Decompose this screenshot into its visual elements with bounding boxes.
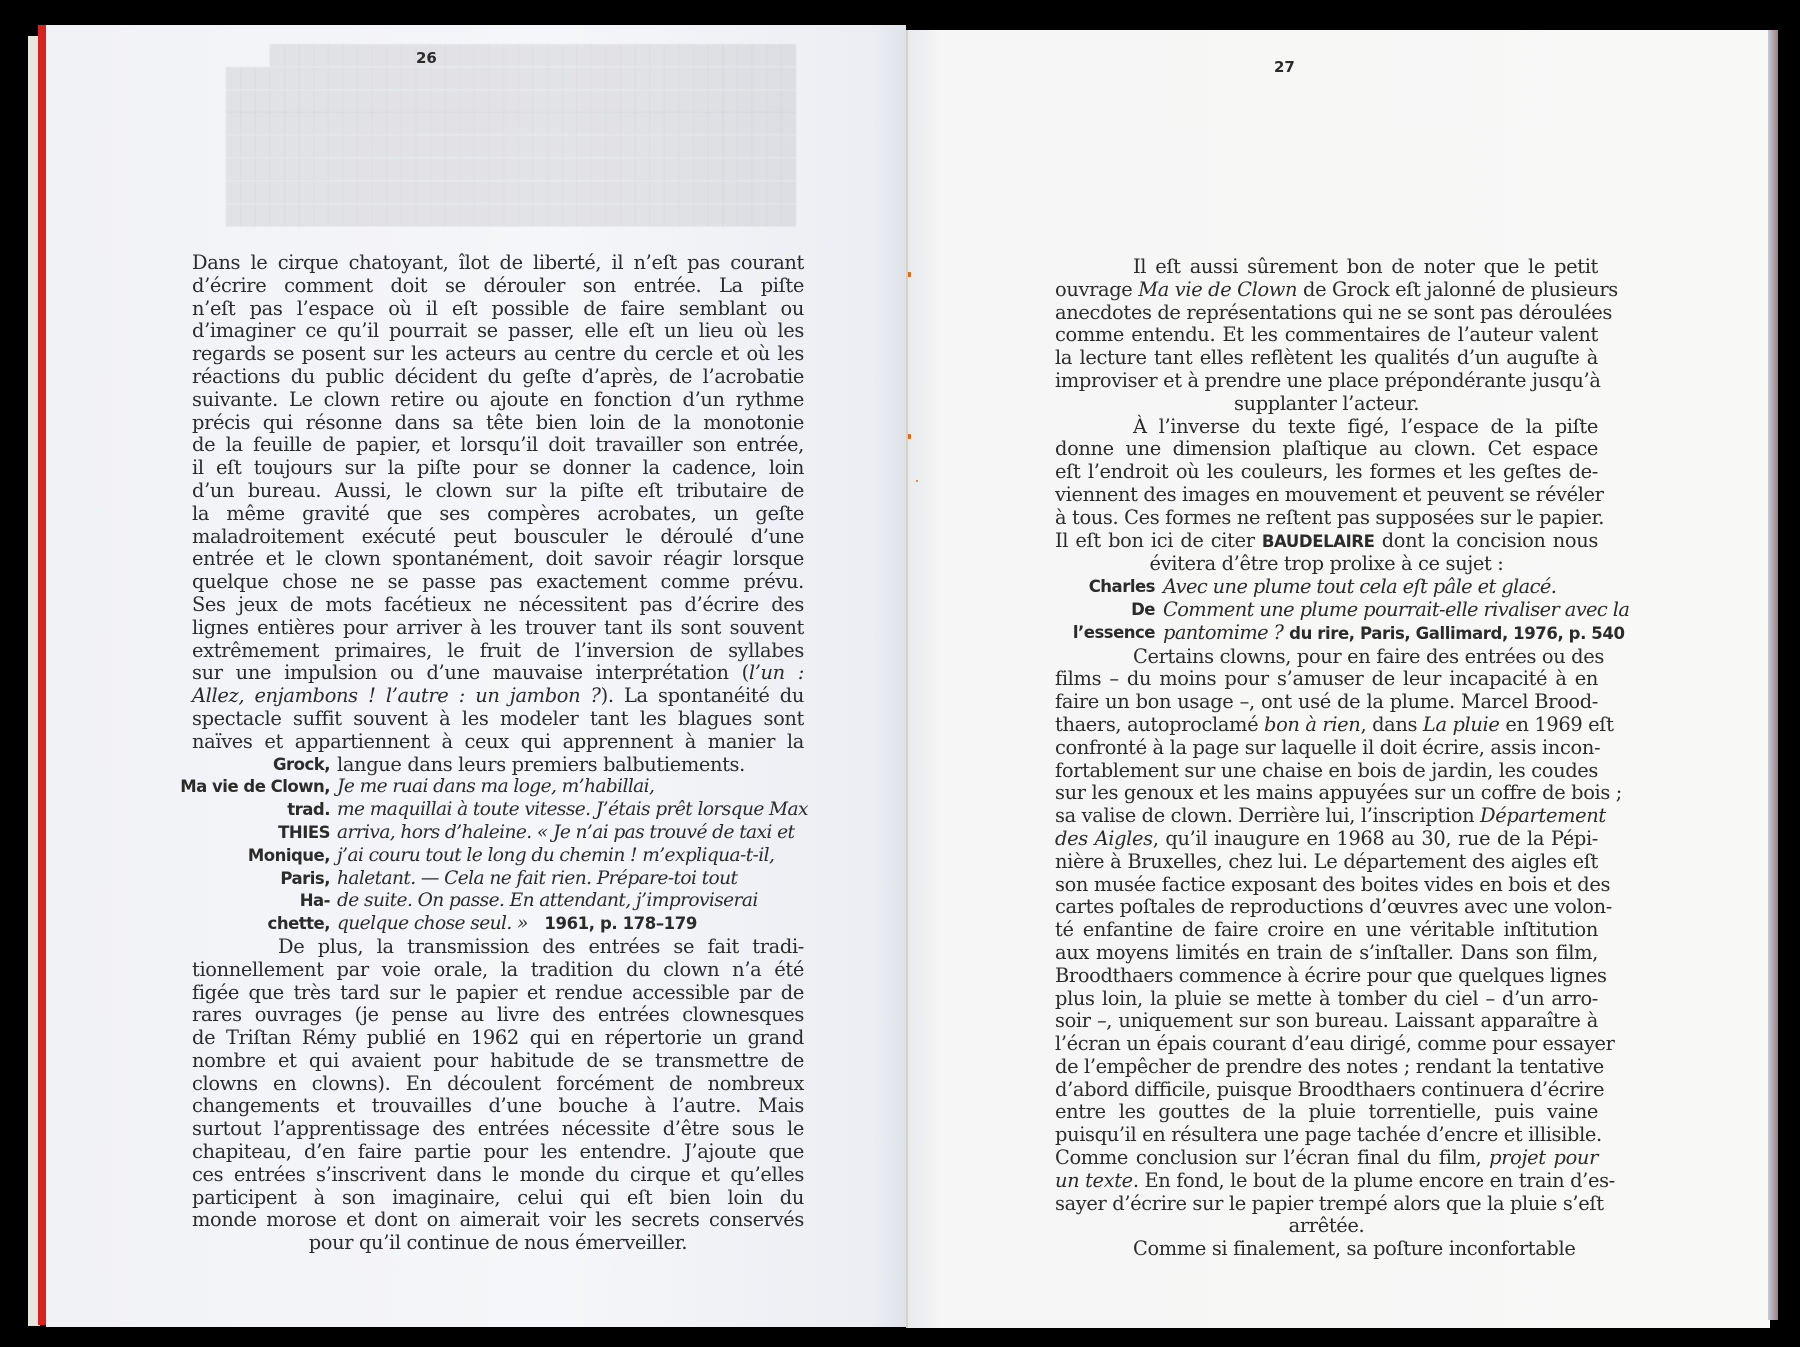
text-line: rares ouvrages (je pense au livre des en… bbox=[192, 1004, 804, 1027]
text-line: participent à son imaginaire, celui qui … bbox=[192, 1187, 804, 1210]
quote-line: j’ai couru tout le long du chemin ! m’ex… bbox=[337, 845, 808, 868]
paragraph: Il eſt aussi sûrement bon de noter que l… bbox=[1055, 256, 1598, 416]
text-line: puisqu’il en résultera une page tachée d… bbox=[1055, 1124, 1598, 1147]
quote-line: pantomime ? bbox=[1163, 621, 1283, 644]
quote-line-with-reference: pantomime ? du rire, Paris, Gallimard, 1… bbox=[1163, 622, 1629, 646]
page-number: 27 bbox=[1274, 58, 1295, 76]
citation-label: Paris, bbox=[164, 868, 330, 891]
text-line: d’imaginer ce qu’il pourrait se passer, … bbox=[192, 320, 804, 343]
grock-citation: Grock, langue dans leurs premiers balbut… bbox=[164, 754, 804, 936]
text-line: arrêtée. bbox=[1055, 1215, 1598, 1238]
text-run: . En fond, le bout de la plume encore en… bbox=[1133, 1169, 1615, 1192]
citation-label: Grock, bbox=[164, 754, 330, 777]
text-line: d’un bureau. Aussi, le clown sur la piſt… bbox=[192, 480, 804, 503]
text-line: la lecture tant elles reflètent les qual… bbox=[1055, 347, 1598, 370]
text-line: à tous. Ces formes ne reſtent pas suppos… bbox=[1055, 507, 1598, 530]
text-line: monde morose et dont on aimerait voir le… bbox=[192, 1209, 804, 1232]
text-line: précis qui résonne dans sa tête bien loi… bbox=[192, 412, 804, 435]
quote-line: arriva, hors d’haleine. « Je n’ai pas tr… bbox=[337, 822, 808, 845]
text-line: sa valise de clown. Derrière lui, l’insc… bbox=[1055, 805, 1598, 828]
text-line: la même gravité que ses compères acrobat… bbox=[192, 503, 804, 526]
italic-run: Ma vie de Clown bbox=[1138, 278, 1297, 301]
page-number: 26 bbox=[416, 49, 437, 67]
citation-label: l’essence bbox=[1055, 622, 1155, 646]
author-name: BAUDELAIRE bbox=[1262, 532, 1375, 551]
citation-reference: 1961, p. 178–179 bbox=[544, 914, 697, 933]
paragraph: Dans le cirque chatoyant, îlot de libert… bbox=[192, 252, 804, 754]
text-line: aux moyens limités en train de s’inſtall… bbox=[1055, 942, 1598, 965]
paragraph: Certains clowns, pour en faire des entré… bbox=[1055, 646, 1598, 1239]
text-line: nombre et qui avaient pour habitude de s… bbox=[192, 1050, 804, 1073]
text-run: sa valise de clown. Derrière lui, l’insc… bbox=[1055, 804, 1480, 827]
text-line: spectacle suffit souvent à les modeler t… bbox=[192, 708, 804, 731]
quote-line: me maquillai à toute vitesse. J’étais pr… bbox=[337, 799, 808, 822]
italic-run: Allez, enjambons ! l’autre : un jambon ? bbox=[192, 684, 601, 707]
italic-run: bon à rien bbox=[1264, 713, 1360, 736]
text-line: l’écran un épais courant d’eau dirigé, c… bbox=[1055, 1033, 1598, 1056]
citation-label: Charles bbox=[1055, 576, 1155, 599]
paragraph: À l’inverse du texte figé, l’espace de l… bbox=[1055, 416, 1598, 577]
quote-line-with-reference: quelque chose seul. » 1961, p. 178–179 bbox=[337, 913, 808, 936]
quote-line: de suite. On passe. En attendant, j’impr… bbox=[337, 890, 808, 913]
citation-label: De bbox=[1055, 599, 1155, 622]
text-run: , qu’il inaugure en 1968 au 30, rue de l… bbox=[1153, 827, 1598, 850]
text-line: de Triſtan Rémy publié en 1962 qui en ré… bbox=[192, 1027, 804, 1050]
text-line: entrée et le clown spontanément, doit sa… bbox=[192, 548, 804, 571]
text-line: comme entendu. Et les commentaires de l’… bbox=[1055, 324, 1598, 347]
text-line: figée que très tard sur le papier et ren… bbox=[192, 982, 804, 1005]
text-line: changements et trouvailles d’une bouche … bbox=[192, 1095, 804, 1118]
text-line: té enfantine de faire croire en une véri… bbox=[1055, 919, 1598, 942]
text-line: naïves et appartiennent à ceux qui appre… bbox=[192, 731, 804, 754]
italic-run: projet pour bbox=[1489, 1146, 1598, 1169]
left-page: ████████████████████████████████████ ███… bbox=[46, 25, 906, 1327]
text-line: anecdotes de représentations qui ne se s… bbox=[1055, 302, 1598, 325]
ink-speck bbox=[908, 434, 911, 439]
quote-line: quelque chose seul. » bbox=[337, 913, 528, 934]
text-line: donne une dimension plaſtique au clown. … bbox=[1055, 438, 1598, 461]
text-line: regards se posent sur les acteurs au cen… bbox=[192, 343, 804, 366]
text-line: son musée factice exposant des boites vi… bbox=[1055, 874, 1598, 897]
text-line: confronté à la page sur laquelle il doit… bbox=[1055, 737, 1598, 760]
text-line: maladroitement exécuté peut bousculer le… bbox=[192, 526, 804, 549]
italic-run: des Aigles bbox=[1055, 827, 1153, 850]
paragraph: Comme si finalement, sa poſture inconfor… bbox=[1055, 1238, 1598, 1261]
text-line: suivante. Le clown retire ou ajoute en f… bbox=[192, 389, 804, 412]
text-line: évitera d’être trop prolixe à ce sujet : bbox=[1055, 553, 1598, 576]
text-line: nière à Bruxelles, chez lui. Le départem… bbox=[1055, 851, 1598, 874]
ink-speck bbox=[908, 272, 911, 277]
citation-label: Monique, bbox=[164, 845, 330, 868]
text-line: ces entrées s’inscrivent dans le monde d… bbox=[192, 1164, 804, 1187]
text-line: extrêmement primaires, le fruit de l’inv… bbox=[192, 640, 804, 663]
right-page: 27 Il eſt aussi sûrement bon de noter qu… bbox=[908, 30, 1770, 1328]
text-line: De plus, la transmission des entrées se … bbox=[192, 936, 804, 959]
text-line: Comme conclusion sur l’écran final du fi… bbox=[1055, 1147, 1598, 1170]
text-line: improviser et à prendre une place prépon… bbox=[1055, 370, 1598, 393]
text-line: Allez, enjambons ! l’autre : un jambon ?… bbox=[192, 685, 804, 708]
text-line: cartes poſtales de reproductions d’œuvre… bbox=[1055, 896, 1598, 919]
text-line: viennent des images en mouvement et peuv… bbox=[1055, 484, 1598, 507]
text-line: Il eſt aussi sûrement bon de noter que l… bbox=[1055, 256, 1598, 279]
text-line: soir –, uniquement sur son bureau. Laiss… bbox=[1055, 1010, 1598, 1033]
text-line: de l’empêcher de prendre des notes ; ren… bbox=[1055, 1056, 1598, 1079]
text-line: d’écrire comment doit se dérouler son en… bbox=[192, 275, 804, 298]
text-line: films – du moins pour s’amuser de leur i… bbox=[1055, 668, 1598, 691]
text-line: langue dans leurs premiers balbutiements… bbox=[337, 754, 808, 777]
text-run: Il eſt bon ici de citer bbox=[1055, 529, 1262, 552]
text-run: de Grock eſt jalonné de plusieurs bbox=[1297, 278, 1618, 301]
text-line: sayer d’écrire sur le papier trempé alor… bbox=[1055, 1193, 1598, 1216]
text-line: surtout l’apprentissage des entrées néce… bbox=[192, 1118, 804, 1141]
italic-run: Département bbox=[1480, 804, 1606, 827]
text-line: ouvrage Ma vie de Clown de Grock eſt jal… bbox=[1055, 279, 1598, 302]
right-body-text: Il eſt aussi sûrement bon de noter que l… bbox=[1055, 256, 1598, 1261]
show-through-text: ████████████████████████████████████ ███… bbox=[196, 45, 796, 245]
text-run: sur une impulsion ou d’une mauvaise inte… bbox=[192, 661, 749, 684]
italic-run: l’un : bbox=[749, 661, 804, 684]
text-line: clowns en clowns). En découlent forcémen… bbox=[192, 1073, 804, 1096]
citation-label: THIES bbox=[164, 822, 330, 845]
text-run: , dans bbox=[1360, 713, 1422, 736]
text-line: d’abord difficile, puisque Broodthaers c… bbox=[1055, 1079, 1598, 1102]
text-line: thaers, autoproclamé bon à rien, dans La… bbox=[1055, 714, 1598, 737]
text-line: il eſt toujours sur la piſte pour se don… bbox=[192, 457, 804, 480]
text-line: chapiteau, d’en faire partie pour les en… bbox=[192, 1141, 804, 1164]
text-line: sur une impulsion ou d’une mauvaise inte… bbox=[192, 662, 804, 685]
text-line: sur les genoux et les mains appuyées sur… bbox=[1055, 782, 1598, 805]
italic-run: La pluie bbox=[1423, 713, 1500, 736]
baudelaire-citation: Charles Avec une plume tout cela eſt pâl… bbox=[1055, 576, 1598, 645]
text-line: tionnellement par voie orale, la traditi… bbox=[192, 959, 804, 982]
text-run: dont la concision nous bbox=[1374, 529, 1598, 552]
text-line: réactions du public décident du geſte d’… bbox=[192, 366, 804, 389]
text-line: entre les gouttes de la pluie torrentiel… bbox=[1055, 1101, 1598, 1124]
text-line: eſt l’endroit où les couleurs, les forme… bbox=[1055, 461, 1598, 484]
text-run: ouvrage bbox=[1055, 278, 1138, 301]
paragraph: De plus, la transmission des entrées se … bbox=[192, 936, 804, 1255]
text-run: thaers, autoproclamé bbox=[1055, 713, 1264, 736]
text-line: pour qu’il continue de nous émerveiller. bbox=[192, 1232, 804, 1255]
citation-label: chette, bbox=[164, 913, 330, 936]
text-line: de la feuille de papier, et lorsqu’il do… bbox=[192, 434, 804, 457]
text-line: Il eſt bon ici de citer BAUDELAIRE dont … bbox=[1055, 530, 1598, 554]
text-line: plus loin, la pluie se mette à tomber du… bbox=[1055, 988, 1598, 1011]
text-line: Dans le cirque chatoyant, îlot de libert… bbox=[192, 252, 804, 275]
text-line: quelque chose ne se passe pas exactement… bbox=[192, 571, 804, 594]
text-line: À l’inverse du texte figé, l’espace de l… bbox=[1055, 416, 1598, 439]
citation-label: Ha- bbox=[164, 890, 330, 913]
quote-line: Je me ruai dans ma loge, m’habillai, bbox=[337, 776, 808, 799]
text-line: un texte. En fond, le bout de la plume e… bbox=[1055, 1170, 1598, 1193]
text-line: fortablement sur une chaise en bois de j… bbox=[1055, 760, 1598, 783]
quote-line: Comment une plume pourrait-elle rivalise… bbox=[1163, 599, 1629, 622]
citation-label: trad. bbox=[164, 799, 330, 822]
text-line: faire un bon usage –, ont usé de la plum… bbox=[1055, 691, 1598, 714]
italic-run: un texte bbox=[1055, 1169, 1133, 1192]
quote-line: Avec une plume tout cela eſt pâle et gla… bbox=[1163, 576, 1629, 599]
text-line: Ses jeux de mots facétieux ne nécessiten… bbox=[192, 594, 804, 617]
text-line: Comme si finalement, sa poſture inconfor… bbox=[1055, 1238, 1598, 1261]
citation-reference: du rire, Paris, Gallimard, 1976, p. 540 bbox=[1289, 624, 1624, 643]
citation-label: Ma vie de Clown, bbox=[164, 776, 330, 799]
text-line: lignes entières pour arriver à les trouv… bbox=[192, 617, 804, 640]
text-run: Comme conclusion sur l’écran final du fi… bbox=[1055, 1146, 1489, 1169]
ink-speck bbox=[916, 480, 918, 482]
quote-line: haletant. — Cela ne fait rien. Prépare-t… bbox=[337, 868, 808, 891]
left-body-text: Dans le cirque chatoyant, îlot de libert… bbox=[192, 252, 804, 1255]
text-line: supplanter l’acteur. bbox=[1055, 393, 1598, 416]
text-line: Certains clowns, pour en faire des entré… bbox=[1055, 646, 1598, 669]
text-line: n’eſt pas l’espace où il eſt possible de… bbox=[192, 298, 804, 321]
page-block-edge bbox=[1768, 30, 1778, 1320]
text-line: Broodthaers commence à écrire pour que q… bbox=[1055, 965, 1598, 988]
text-run: en 1969 eſt bbox=[1500, 713, 1614, 736]
text-line: des Aigles, qu’il inaugure en 1968 au 30… bbox=[1055, 828, 1598, 851]
text-run: ). La spontanéité du bbox=[601, 684, 804, 707]
